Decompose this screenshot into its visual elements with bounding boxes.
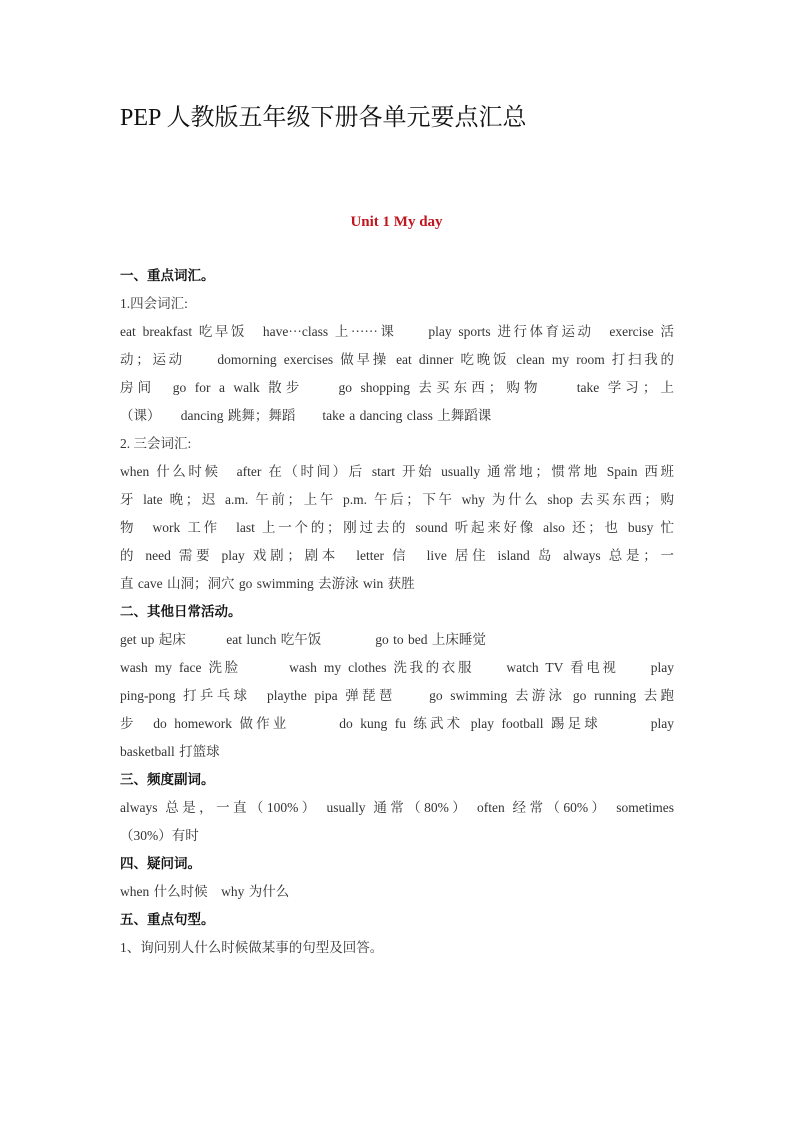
text-line: 房间 go for a walk 散步 go shopping 去买东西；购物 … [120,374,674,402]
text-line: 动；运动 domorning exercises 做早操 eat dinner … [120,346,674,374]
document-title: PEP 人教版五年级下册各单元要点汇总 [120,100,526,136]
text-line: 直 cave 山洞；洞穴 go swimming 去游泳 win 获胜 [120,570,674,598]
text-line: 的 need 需要 play 戏剧；剧本 letter 信 live 居住 is… [120,542,674,570]
text-line: eat breakfast 吃早饭 have···class 上······课 … [120,318,674,346]
text-line: ping-pong 打乒乓球 playthe pipa 弹琵琶 go swimm… [120,682,674,710]
text-line: 牙 late 晚；迟 a.m. 午前；上午 p.m. 午后；下午 why 为什么… [120,486,674,514]
section-heading-frequency-adverbs: 三、频度副词。 [120,766,674,794]
section-heading-daily-activities: 二、其他日常活动。 [120,598,674,626]
section-heading-question-words: 四、疑问词。 [120,850,674,878]
section-heading-key-vocabulary: 一、重点词汇。 [120,262,674,290]
text-line: wash my face 洗脸 wash my clothes 洗我的衣服 wa… [120,654,674,682]
four-skill-vocabulary-paragraph: eat breakfast 吃早饭 have···class 上······课 … [120,318,674,430]
document-body: 一、重点词汇。 1.四会词汇: eat breakfast 吃早饭 have··… [120,262,674,962]
three-skill-vocabulary-paragraph: when 什么时候 after 在（时间）后 start 开始 usually … [120,458,674,598]
subheading-three-skill-vocabulary: 2. 三会词汇: [120,430,674,458]
subheading-four-skill-vocabulary: 1.四会词汇: [120,290,674,318]
text-line: when 什么时候 why 为什么 [120,878,674,906]
daily-activities-paragraph: get up 起床 eat lunch 吃午饭 go to bed 上床睡觉 w… [120,626,674,766]
text-line: （30%）有时 [120,822,674,850]
frequency-adverbs-paragraph: always 总是，一直（100%） usually 通常（80%） often… [120,794,674,850]
text-line: 步 do homework 做作业 do kung fu 练武术 play fo… [120,710,674,738]
text-line: basketball 打篮球 [120,738,674,766]
text-line: get up 起床 eat lunch 吃午饭 go to bed 上床睡觉 [120,626,674,654]
key-sentences-paragraph: 1、询问别人什么时候做某事的句型及回答。 [120,934,674,962]
text-line: （课） dancing 跳舞；舞蹈 take a dancing class 上… [120,402,674,430]
question-words-paragraph: when 什么时候 why 为什么 [120,878,674,906]
text-line: when 什么时候 after 在（时间）后 start 开始 usually … [120,458,674,486]
section-heading-key-sentences: 五、重点句型。 [120,906,674,934]
text-line: always 总是，一直（100%） usually 通常（80%） often… [120,794,674,822]
text-line: 物 work 工作 last 上一个的；刚过去的 sound 听起来好像 als… [120,514,674,542]
text-line: 1、询问别人什么时候做某事的句型及回答。 [120,934,674,962]
unit-title: Unit 1 My day [0,212,793,232]
